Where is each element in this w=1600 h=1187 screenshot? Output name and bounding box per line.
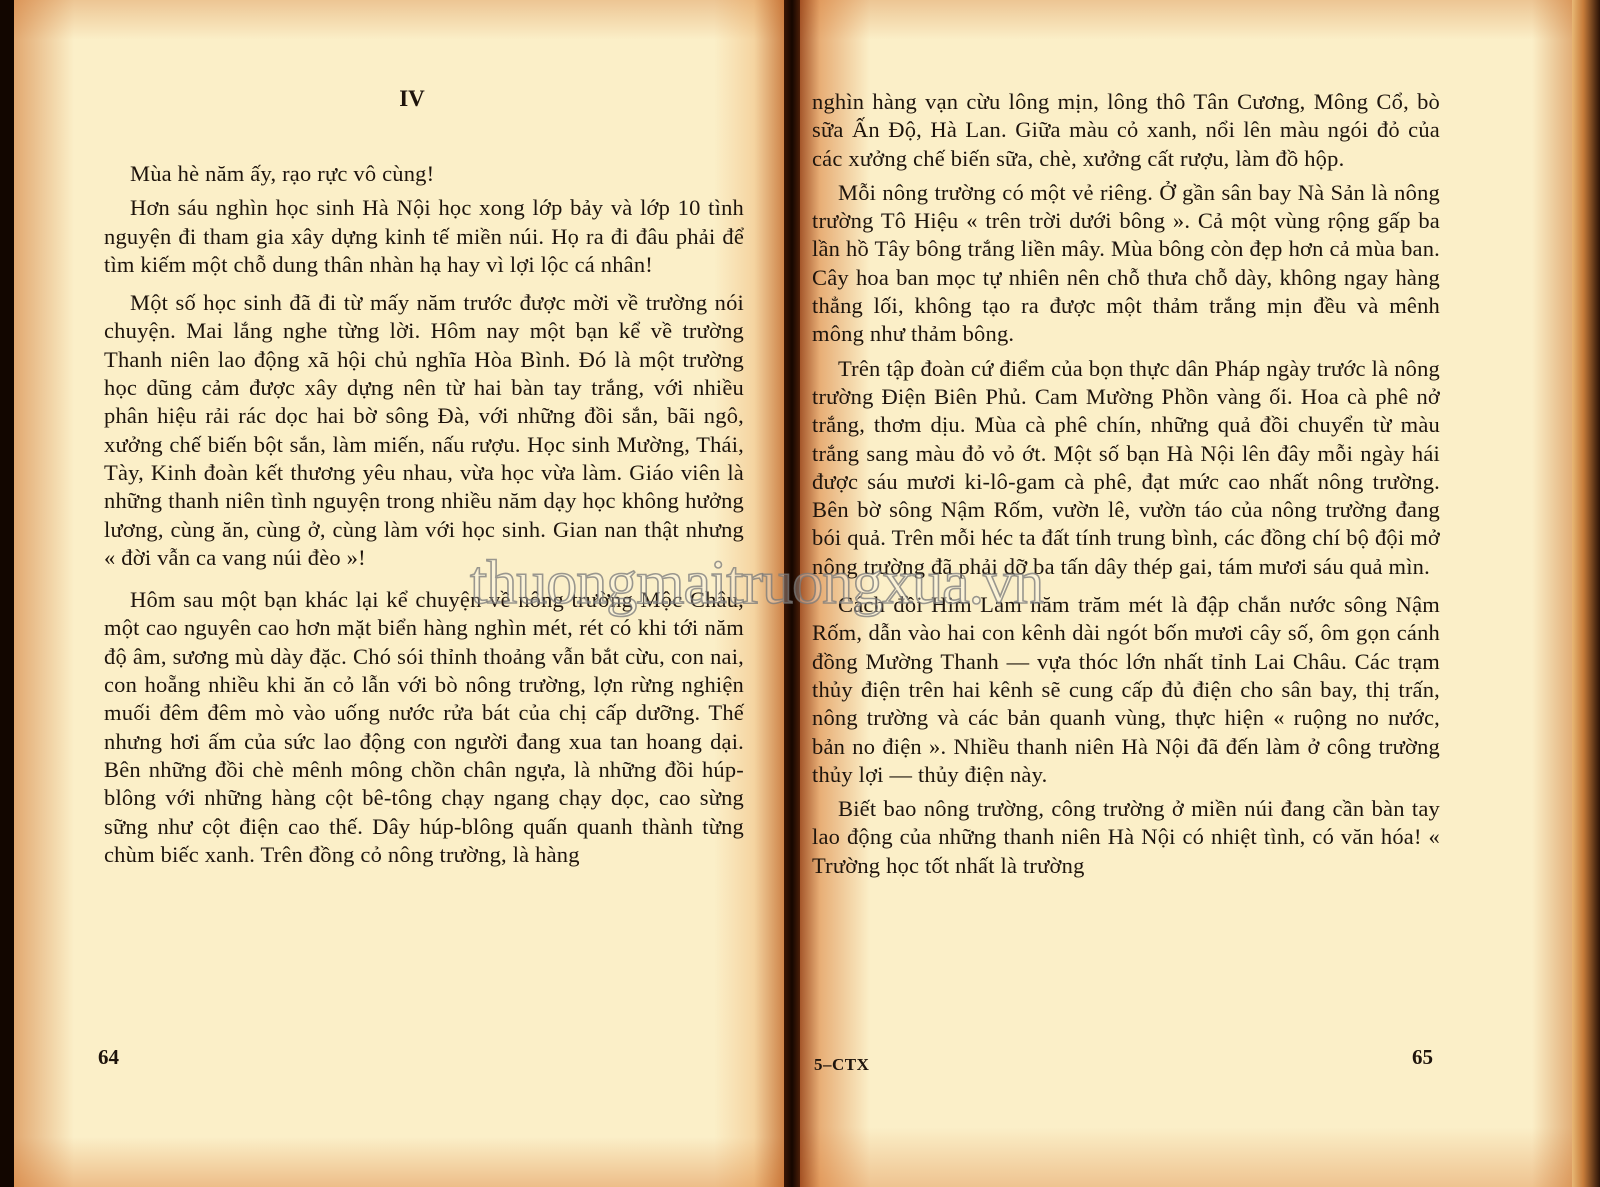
- right-page: nghìn hàng vạn cừu lông mịn, lông thô Tâ…: [800, 0, 1572, 1187]
- paragraph: nghìn hàng vạn cừu lông mịn, lông thô Tâ…: [812, 88, 1440, 173]
- right-page-body: nghìn hàng vạn cừu lông mịn, lông thô Tâ…: [812, 88, 1440, 886]
- book-edge-right: [1572, 0, 1600, 1187]
- signature-mark: 5–CTX: [814, 1055, 869, 1075]
- paragraph: Cách đồi Him Lam năm trăm mét là đập chắ…: [812, 591, 1440, 789]
- paragraph: Biết bao nông trường, công trường ở miền…: [812, 795, 1440, 880]
- paragraph: Một số học sinh đã đi từ mấy năm trước đ…: [104, 289, 744, 572]
- paragraph: Trên tập đoàn cứ điểm của bọn thực dân P…: [812, 355, 1440, 581]
- paragraph: Mỗi nông trường có một vẻ riêng. Ở gần s…: [812, 179, 1440, 349]
- book-spine: [784, 0, 800, 1187]
- paragraph: Hơn sáu nghìn học sinh Hà Nội học xong l…: [104, 194, 744, 279]
- book-edge-left: [0, 0, 14, 1187]
- left-page-body: Mùa hè năm ấy, rạo rực vô cùng! Hơn sáu …: [104, 160, 744, 875]
- chapter-heading: IV: [0, 86, 784, 112]
- page-number-right: 65: [1412, 1045, 1433, 1070]
- page-number-left: 64: [98, 1045, 119, 1070]
- paragraph: Hôm sau một bạn khác lại kể chuyện về nô…: [104, 586, 744, 869]
- paragraph: Mùa hè năm ấy, rạo rực vô cùng!: [104, 160, 744, 188]
- left-page: IV Mùa hè năm ấy, rạo rực vô cùng! Hơn s…: [14, 0, 784, 1187]
